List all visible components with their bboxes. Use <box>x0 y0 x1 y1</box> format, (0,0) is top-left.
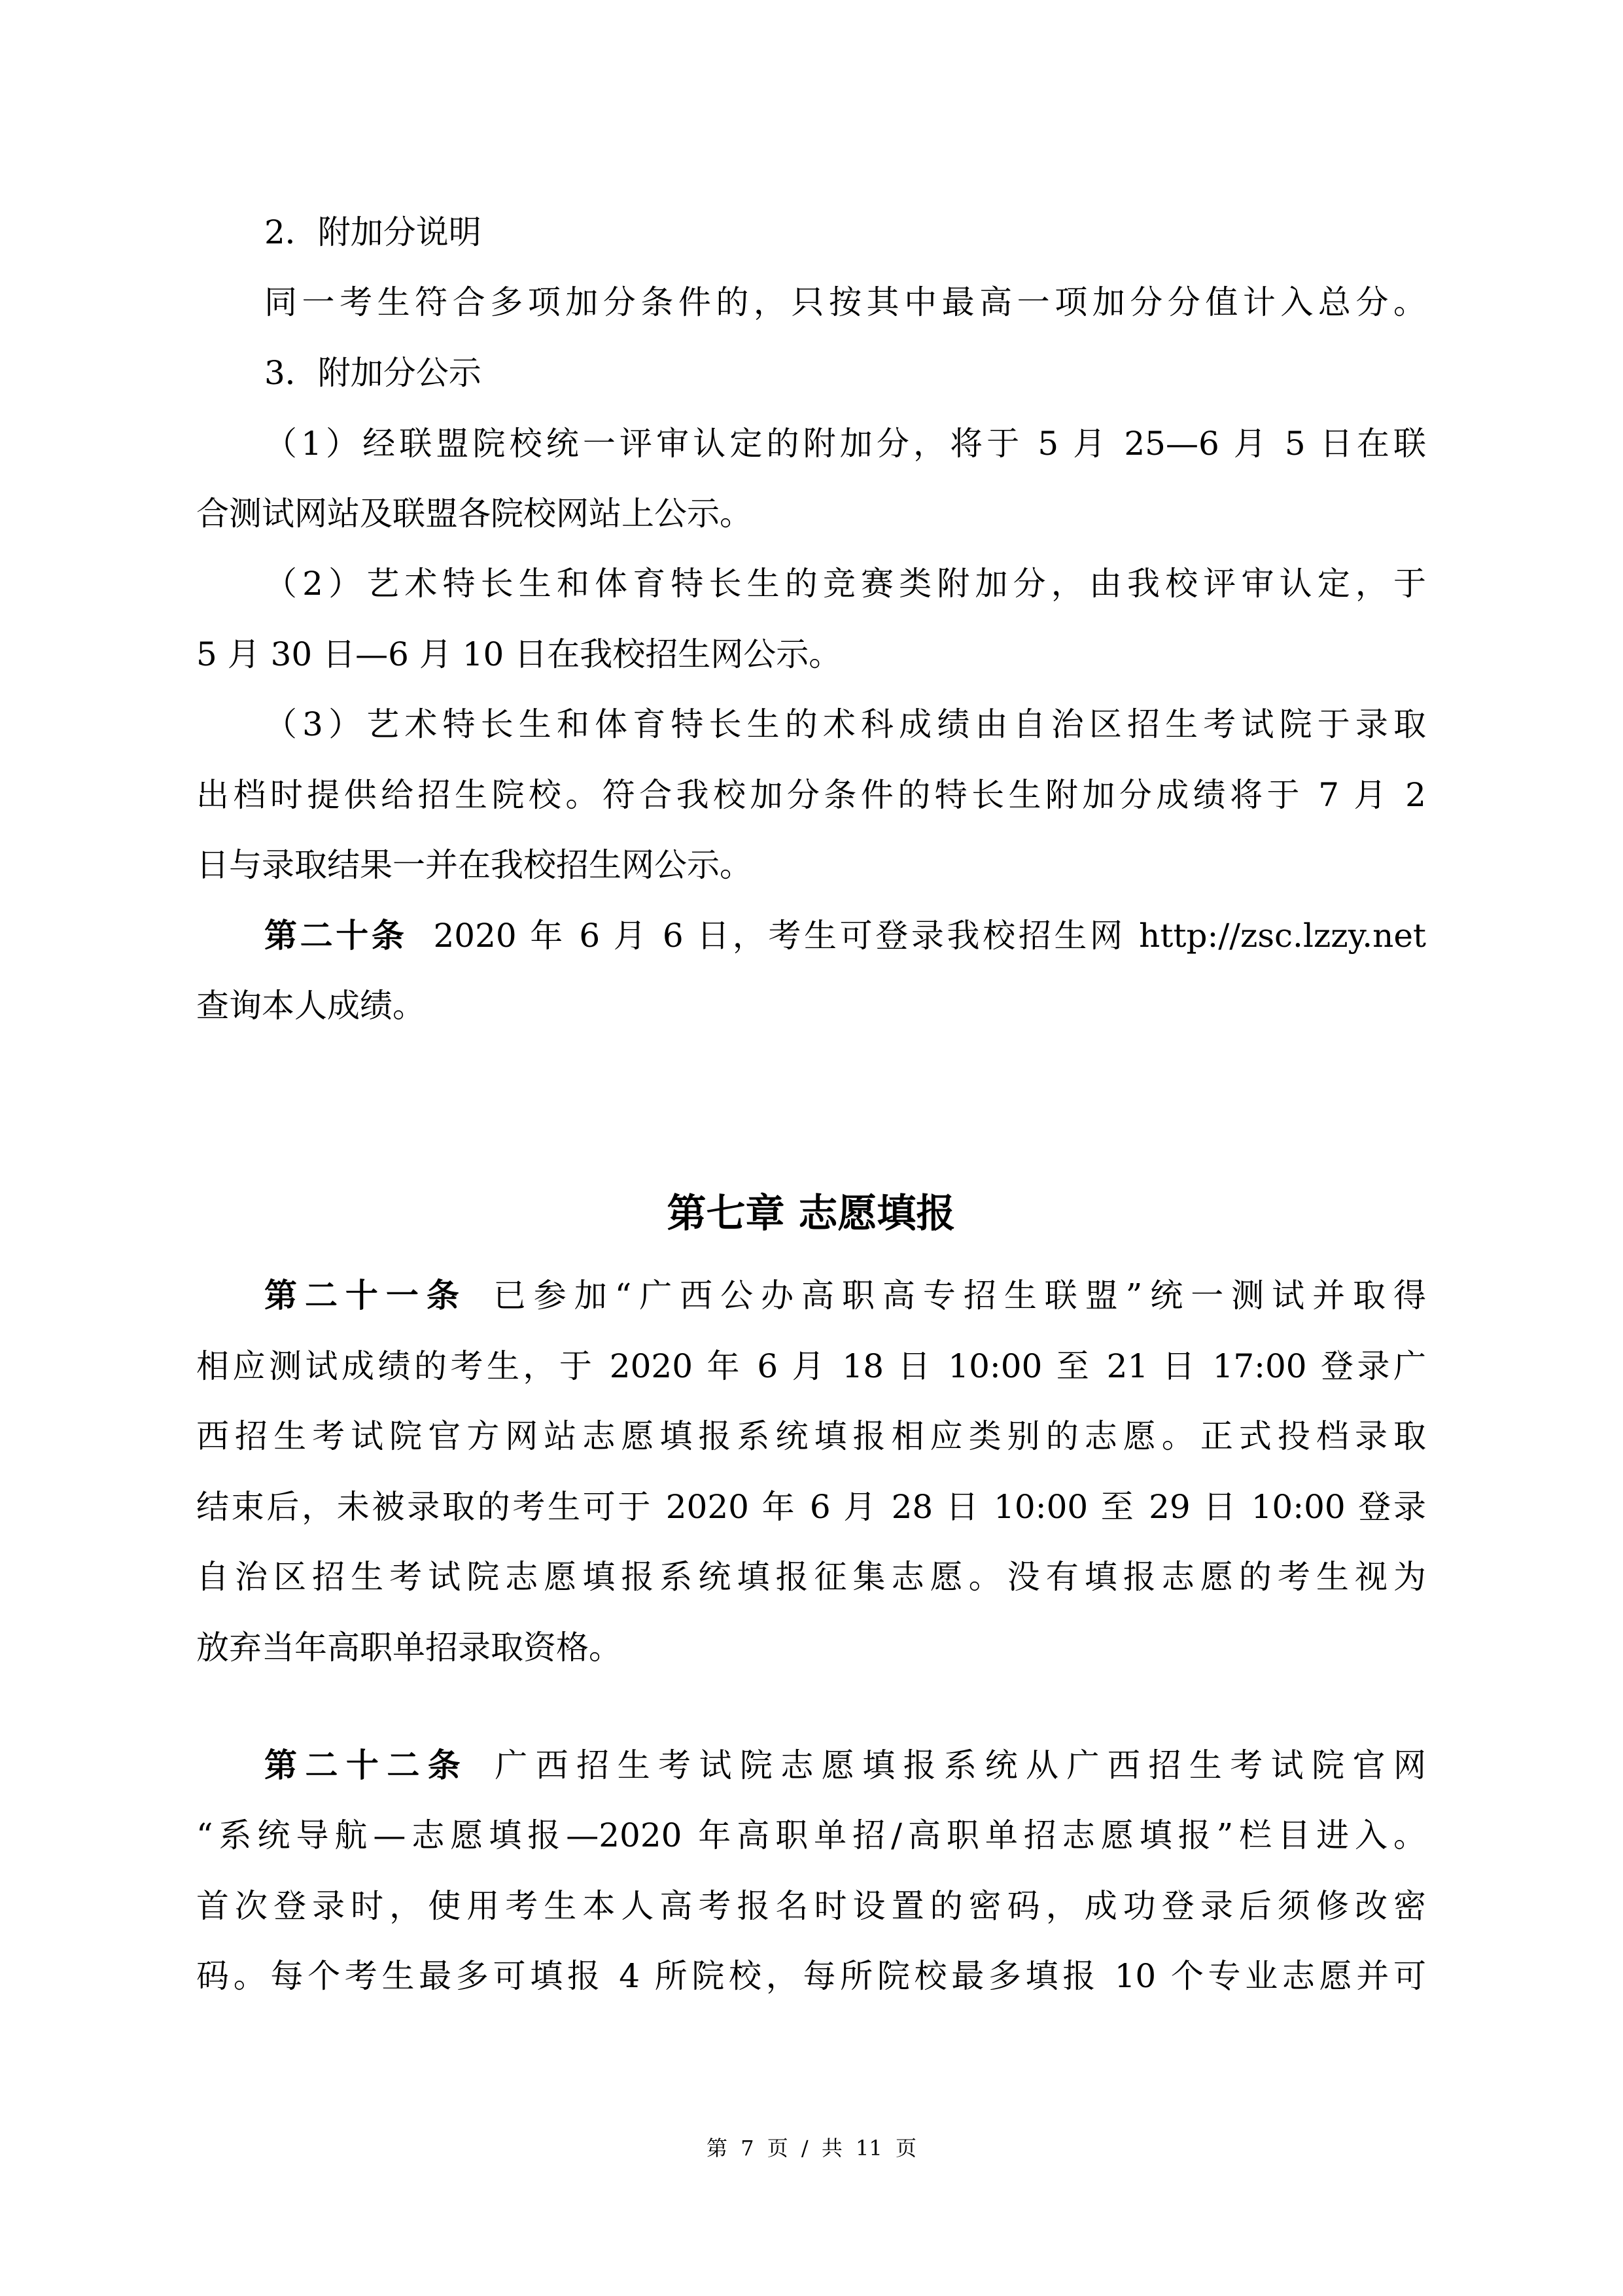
article-20-line-2: 查询本人成绩。 <box>196 986 1426 1025</box>
chapter-title: 第七章 志愿填报 <box>196 1191 1426 1237</box>
article-20-text: 2020 年 6 月 6 日，考生可登录我校招生网 http://zsc.lzz… <box>433 917 1426 955</box>
publicity-item-2-line-2: 5 月 30 日—6 月 10 日在我校招生网公示。 <box>196 635 1426 674</box>
article-21-line-6: 放弃当年高职单招录取资格。 <box>196 1628 1426 1667</box>
article-21-line-5: 自治区招生考试院志愿填报系统填报征集志愿。没有填报志愿的考生视为 <box>196 1557 1426 1597</box>
article-21-line-4: 结束后，未被录取的考生可于 2020 年 6 月 28 日 10:00 至 29… <box>196 1487 1426 1527</box>
document-page: 2．附加分说明 同一考生符合多项加分条件的，只按其中最高一项加分分值计入总分。 … <box>196 0 1426 2296</box>
publicity-item-2-line-1: （2）艺术特长生和体育特长生的竞赛类附加分，由我校评审认定，于 <box>264 564 1426 603</box>
paragraph-bonus-explanation: 同一考生符合多项加分条件的，只按其中最高一项加分分值计入总分。 <box>264 283 1426 322</box>
article-22-line-4: 码。每个考生最多可填报 4 所院校，每所院校最多填报 10 个专业志愿并可 <box>196 1956 1426 1996</box>
article-22-text: 广西招生考试院志愿填报系统从广西招生考试院官网 <box>495 1746 1426 1784</box>
article-22-line-2: “系统导航—志愿填报—2020 年高职单招/高职单招志愿填报”栏目进入。 <box>196 1816 1426 1855</box>
publicity-item-3-line-1: （3）艺术特长生和体育特长生的术科成绩由自治区招生考试院于录取 <box>264 705 1426 744</box>
article-20-line-1: 第二十条2020 年 6 月 6 日，考生可登录我校招生网 http://zsc… <box>264 916 1426 955</box>
section-heading-bonus-explanation: 2．附加分说明 <box>264 213 1426 252</box>
article-21-line-1: 第二十一条已参加“广西公办高职高专招生联盟”统一测试并取得 <box>264 1276 1426 1315</box>
publicity-item-1-line-1: （1）经联盟院校统一评审认定的附加分，将于 5 月 25—6 月 5 日在联 <box>264 424 1426 463</box>
article-21-line-2: 相应测试成绩的考生，于 2020 年 6 月 18 日 10:00 至 21 日… <box>196 1347 1426 1386</box>
publicity-item-3-line-2: 出档时提供给招生院校。符合我校加分条件的特长生附加分成绩将于 7 月 2 <box>196 775 1426 815</box>
article-21-text: 已参加“广西公办高职高专招生联盟”统一测试并取得 <box>493 1277 1426 1315</box>
publicity-item-3-line-3: 日与录取结果一并在我校招生网公示。 <box>196 845 1426 885</box>
article-21-label: 第二十一条 <box>264 1277 467 1315</box>
publicity-item-1-line-2: 合测试网站及联盟各院校网站上公示。 <box>196 494 1426 533</box>
section-heading-bonus-publicity: 3．附加分公示 <box>264 353 1426 393</box>
article-22-line-1: 第二十二条广西招生考试院志愿填报系统从广西招生考试院官网 <box>264 1746 1426 1785</box>
article-20-label: 第二十条 <box>264 917 407 955</box>
article-22-line-3: 首次登录时，使用考生本人高考报名时设置的密码，成功登录后须修改密 <box>196 1886 1426 1926</box>
article-22-label: 第二十二条 <box>264 1746 468 1784</box>
article-21-line-3: 西招生考试院官方网站志愿填报系统填报相应类别的志愿。正式投档录取 <box>196 1417 1426 1456</box>
page-footer: 第 7 页 / 共 11 页 <box>0 2135 1623 2161</box>
